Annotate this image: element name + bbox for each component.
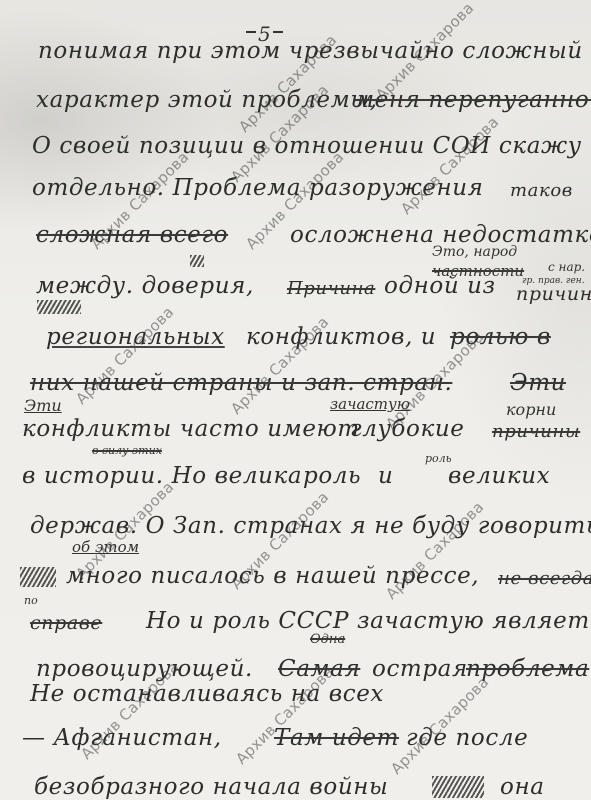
line-text: характер этой проблемы,	[36, 87, 378, 113]
struck-text: меня перепуганной	[355, 87, 591, 113]
scribble-mark	[432, 776, 484, 798]
struck-text: них нашей страны и зап. стран.	[30, 370, 452, 396]
manuscript-line-8: них нашей страны и зап. стран. Эти	[0, 362, 591, 396]
struck-text: сложная всего	[36, 222, 228, 248]
scribble-mark	[37, 300, 81, 314]
struck-text: причины	[492, 421, 580, 442]
struck-text: ролью в	[450, 324, 551, 350]
struck-text: Там идет	[274, 725, 399, 751]
manuscript-line-12: много писалось в нашей прессе, не всегда	[0, 555, 591, 589]
manuscript-line-1: понимая при этом чрезвычайно сложный	[0, 30, 591, 64]
line-text: великих	[448, 463, 550, 489]
interlinear-insertion: гр. прав. ген.	[522, 276, 585, 286]
line-text: держав. О Зап. странах я не буду говорит…	[30, 513, 591, 539]
interlinear-insertion: Это, народ	[432, 244, 517, 260]
manuscript-line-4: отдельно. Проблема разоружения таков	[0, 167, 591, 201]
line-text: — Афганистан,	[22, 725, 222, 751]
line-text: в истории. Но велика	[22, 463, 302, 489]
scribble-mark	[190, 255, 204, 267]
manuscript-line-3: О своей позиции в отношении СОИ скажу	[0, 125, 591, 159]
line-text: она	[500, 774, 545, 800]
manuscript-page: Архив Сахарова Архив Сахарова Архив Саха…	[0, 0, 591, 800]
manuscript-line-17: безобразного начала войны она	[0, 766, 591, 800]
manuscript-line-7: региональных конфликтов, и ролью в	[0, 316, 591, 350]
line-text: конфликты часто имеют	[22, 416, 360, 442]
interlinear-insertion: с нар.	[548, 260, 585, 274]
manuscript-line-9: конфликты часто имеют глубокие причины	[0, 408, 591, 442]
manuscript-line-13: справе Но и роль СССР зачастую являет	[0, 600, 591, 634]
line-text: много писалось в нашей прессе,	[66, 563, 479, 589]
struck-text: Эти	[510, 370, 566, 396]
line-text: глубокие	[350, 416, 464, 442]
struck-text: справе	[30, 612, 102, 634]
struck-text: Причина	[287, 278, 375, 299]
line-text: Не останавливаясь на всех	[30, 681, 384, 707]
line-text: таков	[510, 180, 573, 201]
line-text: между. доверия,	[36, 273, 254, 299]
manuscript-line-5: сложная всего осложнена недостатком	[0, 214, 591, 248]
interlinear-insertion: об этом	[72, 538, 139, 556]
line-text: конфликтов, и	[246, 324, 436, 350]
line-text: Но и роль СССР зачастую являет	[146, 608, 590, 634]
scribble-mark	[20, 567, 56, 587]
line-text: и	[378, 463, 393, 489]
struck-insertion: Одна	[310, 632, 345, 647]
manuscript-line-16: — Афганистан, Там идет где после	[0, 717, 591, 751]
line-text: где после	[406, 725, 528, 751]
line-text: роль	[303, 463, 361, 489]
manuscript-line-15: Не останавливаясь на всех	[0, 673, 591, 707]
line-text: понимая при этом чрезвычайно сложный	[38, 38, 583, 64]
manuscript-line-11: держав. О Зап. странах я не буду говорит…	[0, 505, 591, 539]
line-text: отдельно. Проблема разоружения	[32, 175, 484, 201]
line-text: безобразного начала войны	[34, 774, 388, 800]
line-text: причин	[516, 283, 591, 305]
line-text: О своей позиции в отношении СОИ скажу	[32, 133, 582, 159]
manuscript-line-2: характер этой проблемы, меня перепуганно…	[0, 79, 591, 113]
struck-insertion: частности	[432, 262, 524, 280]
manuscript-line-10: в истории. Но велика роль и великих	[0, 455, 591, 489]
line-text: региональных	[46, 324, 225, 350]
struck-text: не всегда	[498, 568, 591, 589]
